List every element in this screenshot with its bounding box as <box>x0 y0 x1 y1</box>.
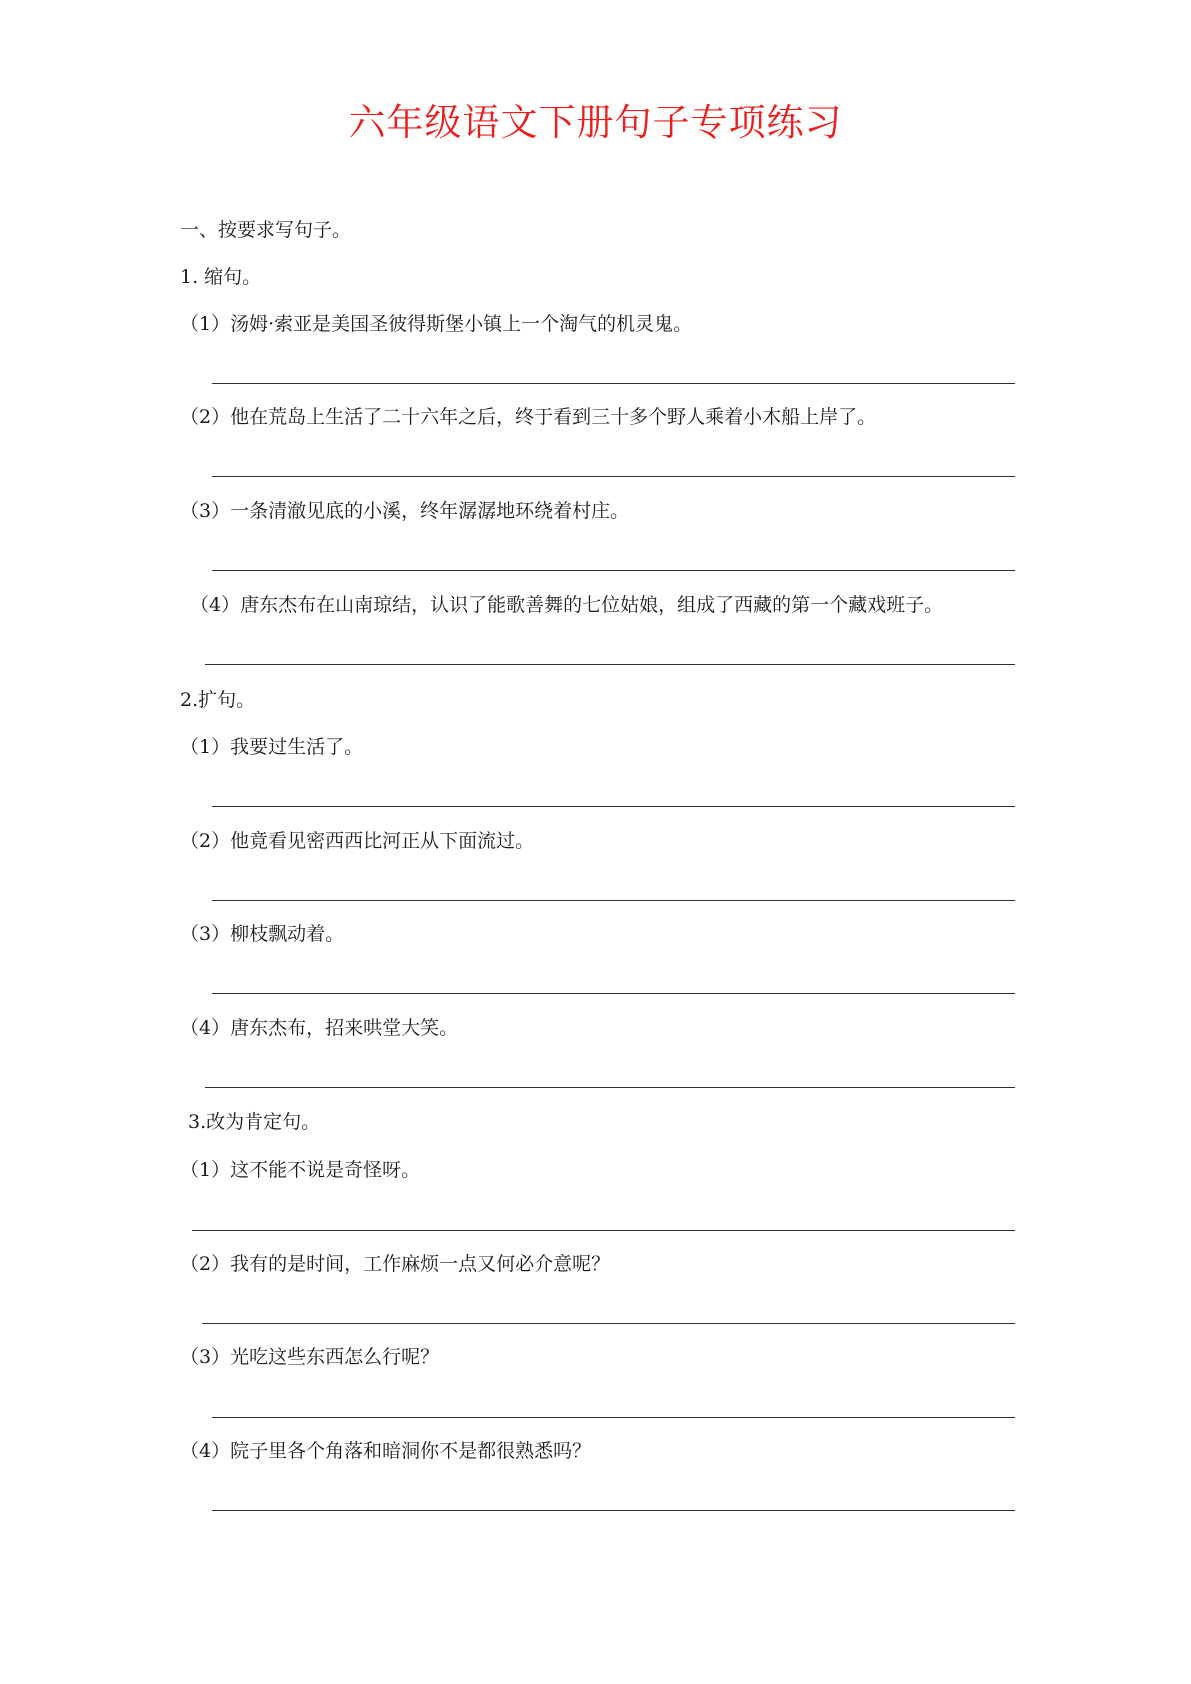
question-item: （2）他在荒岛上生活了二十六年之后，终于看到三十多个野人乘着小木船上岸了。 <box>180 405 876 429</box>
section-heading-affirmative: 3.改为肯定句。 <box>188 1110 320 1134</box>
answer-line[interactable] <box>212 570 1015 571</box>
document-title: 六年级语文下册句子专项练习 <box>0 92 1191 146</box>
answer-line[interactable] <box>205 664 1015 665</box>
question-item: （2）他竟看见密西西比河正从下面流过。 <box>180 829 534 853</box>
part-heading: 一、按要求写句子。 <box>180 218 351 242</box>
question-item: （1）我要过生活了。 <box>180 735 363 759</box>
answer-line[interactable] <box>212 806 1015 807</box>
question-item: （3）一条清澈见底的小溪，终年潺潺地环绕着村庄。 <box>180 499 629 523</box>
section-heading-shrink: 1. 缩句。 <box>180 265 261 289</box>
question-item: （4）唐东杰布，招来哄堂大笑。 <box>180 1016 458 1040</box>
question-item: （1）这不能不说是奇怪呀。 <box>180 1158 420 1182</box>
answer-line[interactable] <box>212 900 1015 901</box>
answer-line[interactable] <box>192 1230 1015 1231</box>
answer-line[interactable] <box>212 1417 1015 1418</box>
answer-line[interactable] <box>205 1087 1015 1088</box>
answer-line[interactable] <box>212 476 1015 477</box>
question-item: （4）唐东杰布在山南琼结，认识了能歌善舞的七位姑娘，组成了西藏的第一个藏戏班子。 <box>190 593 943 617</box>
answer-line[interactable] <box>202 1323 1015 1324</box>
question-item: （1）汤姆·索亚是美国圣彼得斯堡小镇上一个淘气的机灵鬼。 <box>180 312 692 336</box>
question-item: （2）我有的是时间，工作麻烦一点又何必介意呢？ <box>180 1252 610 1276</box>
question-item: （3）柳枝飘动着。 <box>180 922 344 946</box>
answer-line[interactable] <box>212 1510 1015 1511</box>
question-item: （4）院子里各个角落和暗洞你不是都很熟悉吗？ <box>180 1439 591 1463</box>
question-item: （3）光吃这些东西怎么行呢？ <box>180 1345 439 1369</box>
answer-line[interactable] <box>212 383 1015 384</box>
section-heading-expand: 2.扩句。 <box>180 688 255 712</box>
answer-line[interactable] <box>212 993 1015 994</box>
